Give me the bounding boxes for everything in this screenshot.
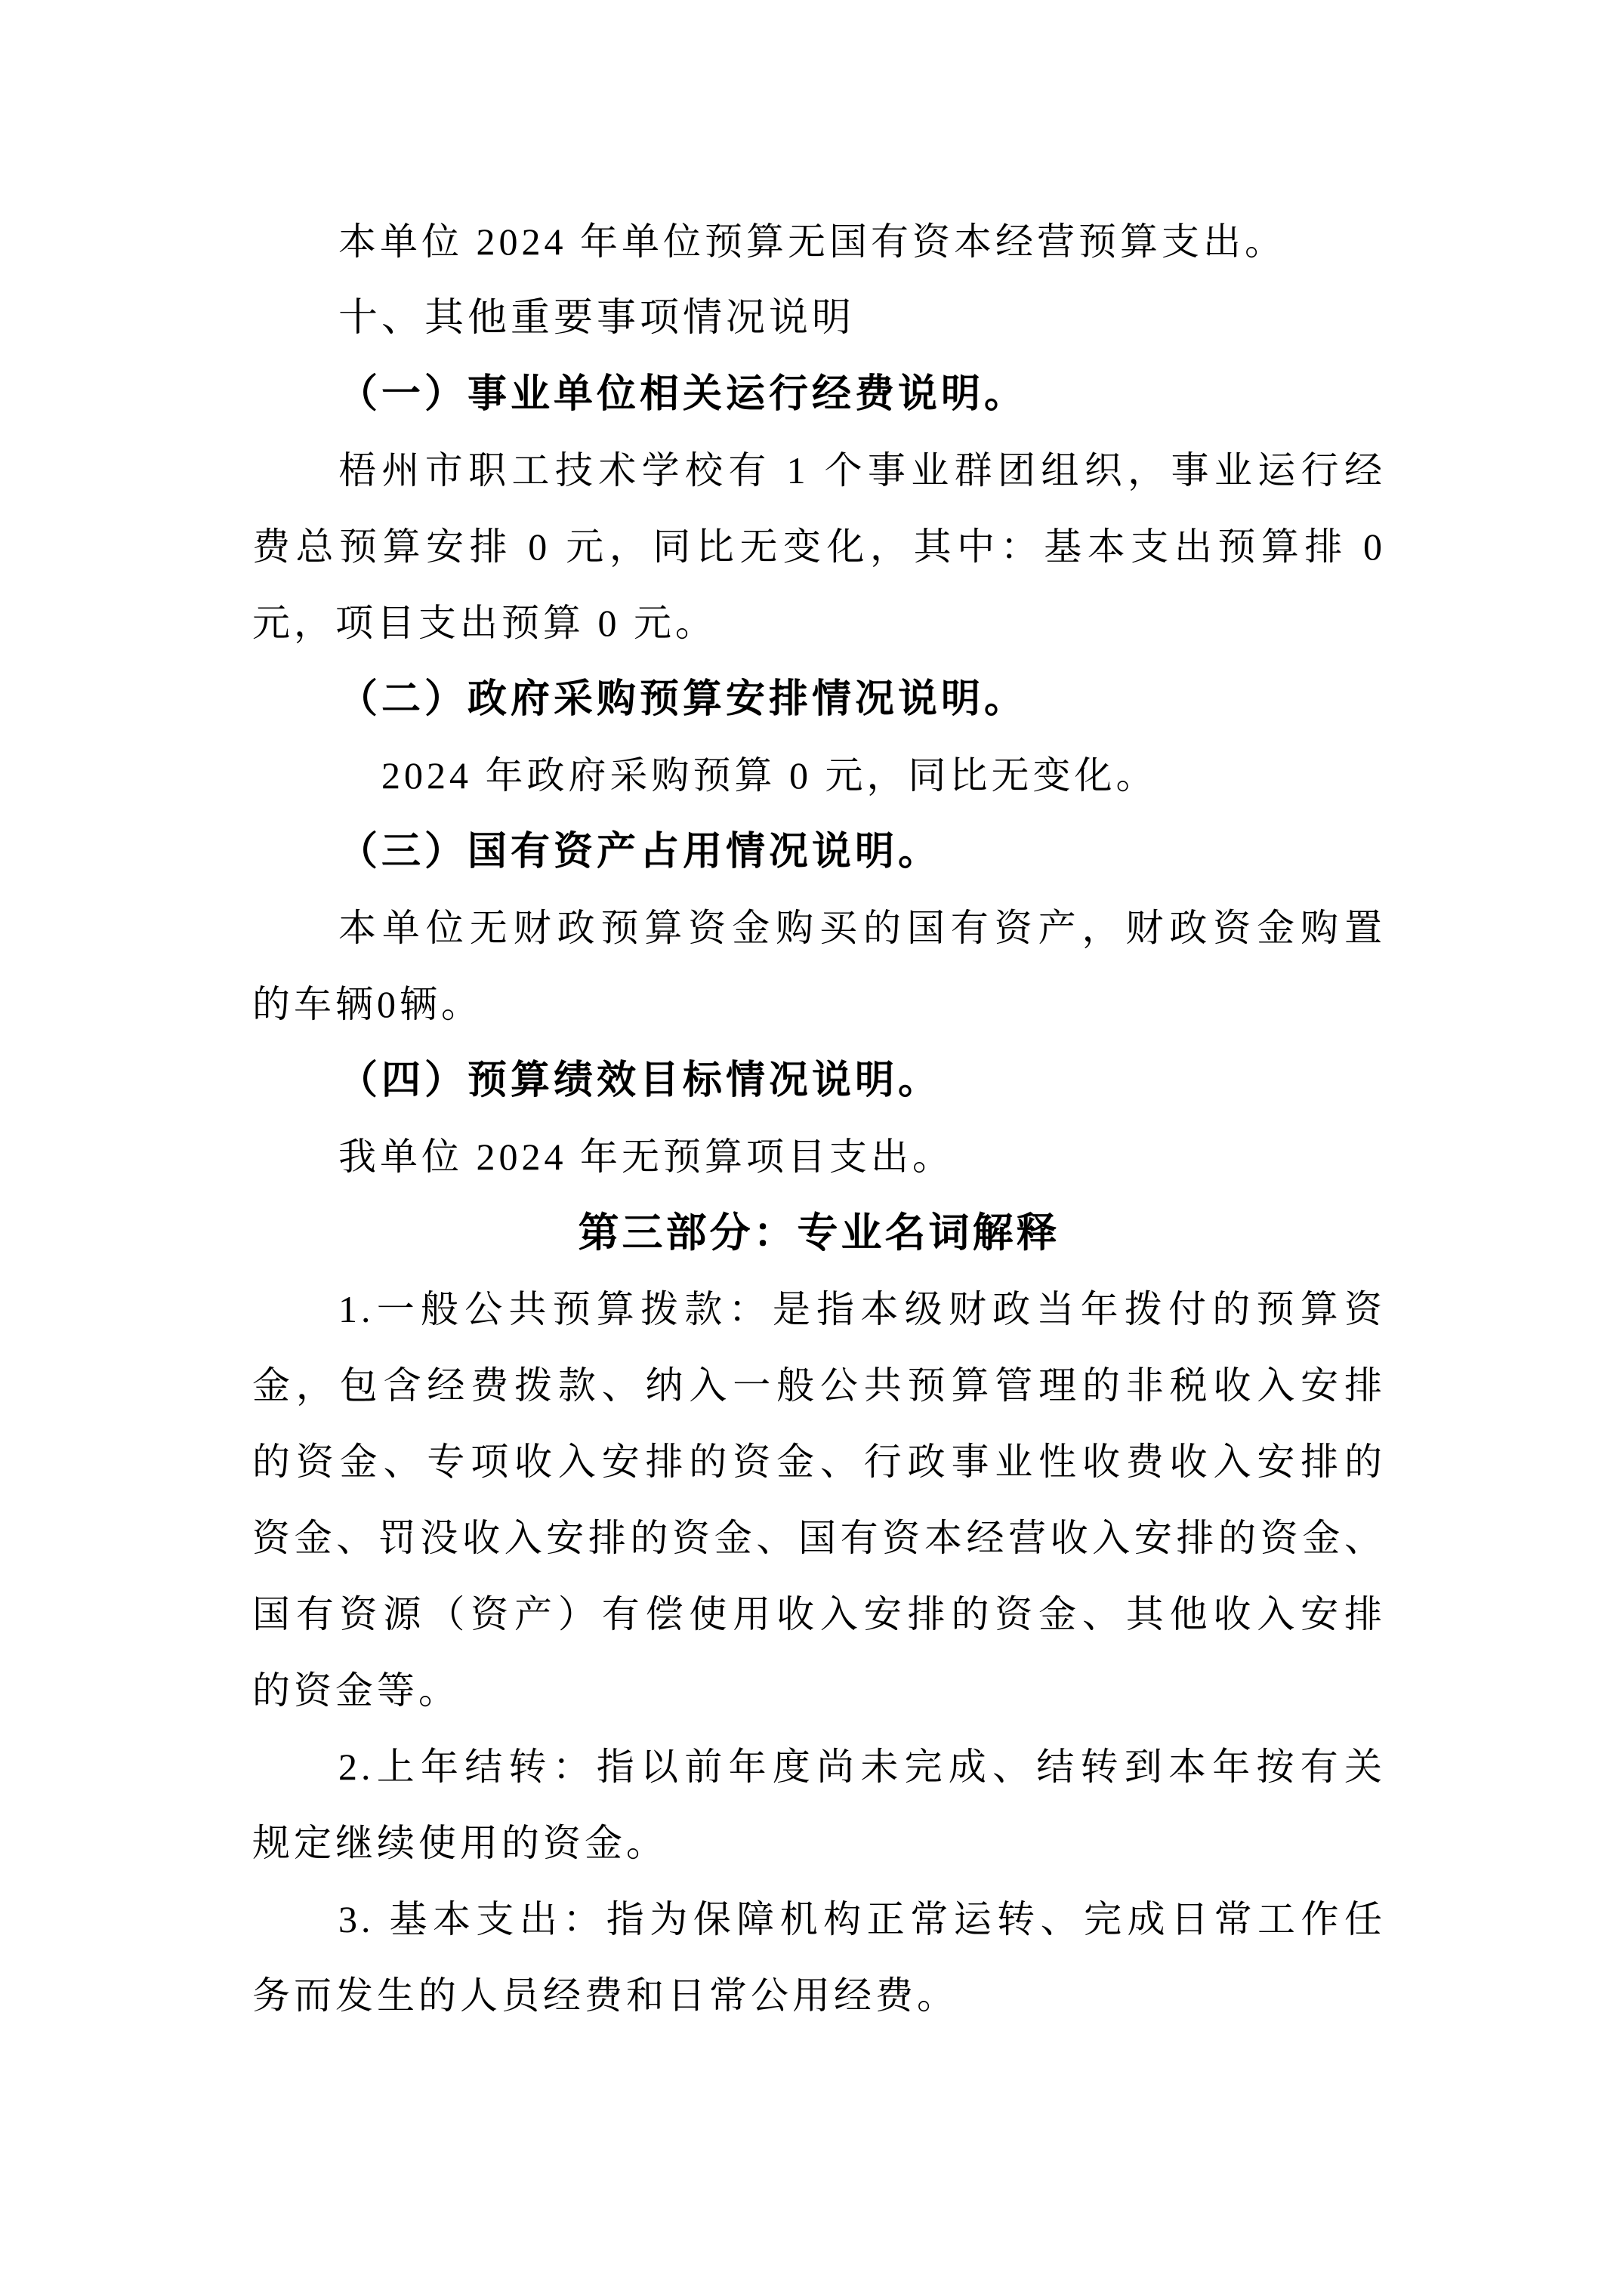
body-line: 的资金、专项收入安排的资金、行政事业性收费收入安排的 — [252, 1424, 1386, 1500]
heading-line: （二）政府采购预算安排情况说明。 — [252, 661, 1386, 738]
body-line: 费总预算安排 0 元，同比无变化，其中：基本支出预算排 0 — [252, 509, 1386, 585]
body-line: 2.上年结转：指以前年度尚未完成、结转到本年按有关 — [252, 1729, 1386, 1805]
body-line: 规定继续使用的资金。 — [252, 1805, 1386, 1881]
body-line: 的车辆0辆。 — [252, 966, 1386, 1043]
body-line: 资金、罚没收入安排的资金、国有资本经营收入安排的资金、 — [252, 1500, 1386, 1576]
body-line: 国有资源（资产）有偿使用收入安排的资金、其他收入安排 — [252, 1576, 1386, 1653]
body-line: 2024 年政府采购预算 0 元，同比无变化。 — [252, 738, 1386, 814]
body-line: 梧州市职工技术学校有 1 个事业群团组织，事业运行经 — [252, 433, 1386, 509]
body-line: 我单位 2024 年无预算项目支出。 — [252, 1119, 1386, 1195]
part-heading: 第三部分：专业名词解释 — [252, 1195, 1386, 1271]
body-line: 3. 基本支出：指为保障机构正常运转、完成日常工作任 — [252, 1881, 1386, 1958]
heading-line: （一）事业单位相关运行经费说明。 — [252, 356, 1386, 433]
body-line: 1.一般公共预算拨款：是指本级财政当年拨付的预算资 — [252, 1271, 1386, 1348]
heading-line: （四）预算绩效目标情况说明。 — [252, 1043, 1386, 1119]
document-page: 本单位 2024 年单位预算无国有资本经营预算支出。 十、其他重要事项情况说明 … — [0, 0, 1623, 2296]
body-line: 元，项目支出预算 0 元。 — [252, 585, 1386, 661]
body-line: 本单位 2024 年单位预算无国有资本经营预算支出。 — [252, 204, 1386, 280]
heading-line: 十、其他重要事项情况说明 — [252, 280, 1386, 356]
document-text-block: 本单位 2024 年单位预算无国有资本经营预算支出。 十、其他重要事项情况说明 … — [252, 204, 1386, 2034]
heading-line: （三）国有资产占用情况说明。 — [252, 814, 1386, 890]
body-line: 金，包含经费拨款、纳入一般公共预算管理的非税收入安排 — [252, 1348, 1386, 1424]
body-line: 的资金等。 — [252, 1653, 1386, 1729]
body-line: 本单位无财政预算资金购买的国有资产，财政资金购置 — [252, 890, 1386, 966]
body-line: 务而发生的人员经费和日常公用经费。 — [252, 1958, 1386, 2034]
